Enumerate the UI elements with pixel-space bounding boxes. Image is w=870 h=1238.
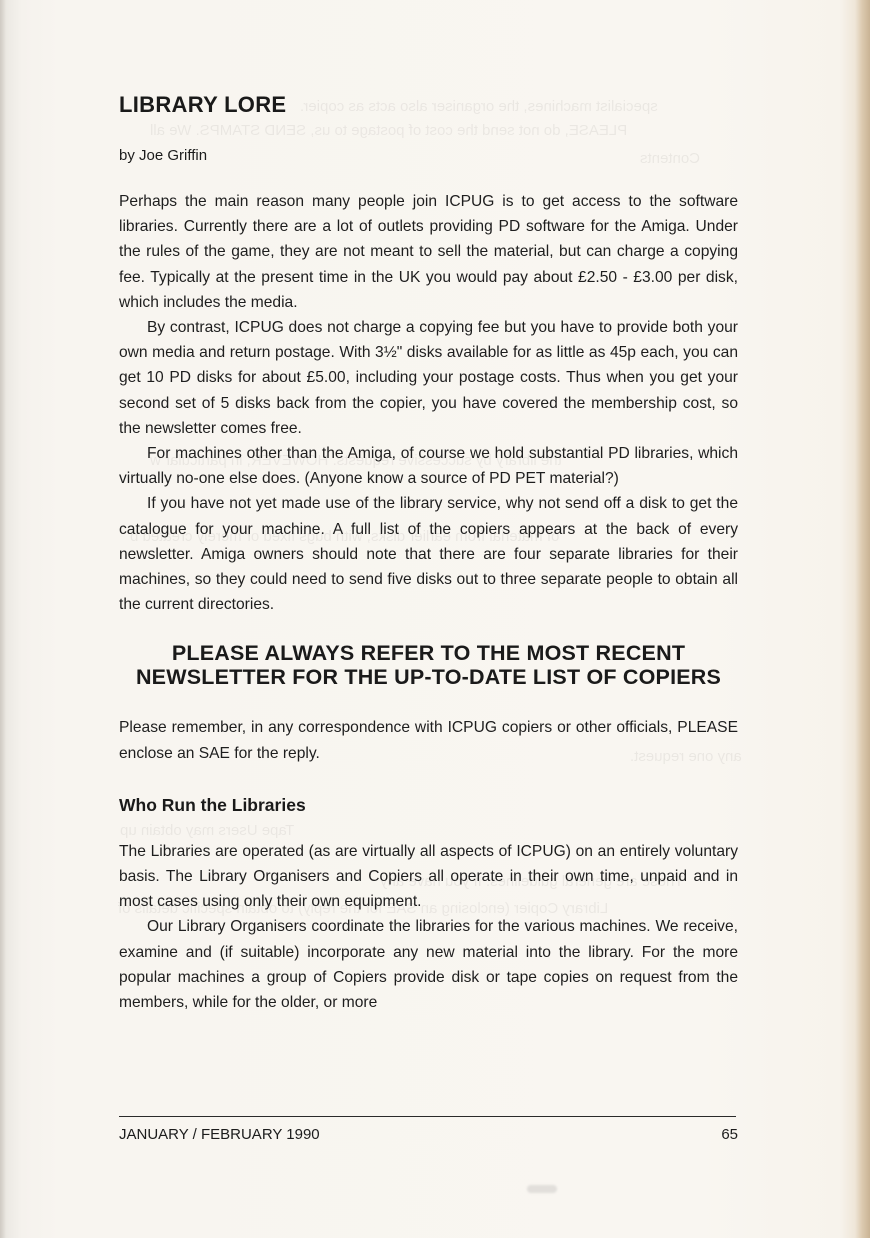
copiers-notice-heading: PLEASE ALWAYS REFER TO THE MOST RECENT N…	[119, 641, 738, 689]
paragraph: The Libraries are operated (as are virtu…	[119, 839, 738, 915]
section-body: The Libraries are operated (as are virtu…	[119, 839, 738, 1015]
page-spine-shadow	[0, 0, 6, 1238]
article-title: LIBRARY LORE	[119, 90, 738, 120]
page-number: 65	[721, 1125, 738, 1145]
page-footer: JANUARY / FEBRUARY 1990 65	[119, 1125, 738, 1145]
article-body: Perhaps the main reason many people join…	[119, 189, 738, 617]
paragraph: For machines other than the Amiga, of co…	[119, 441, 738, 491]
paper-smudge	[527, 1185, 557, 1193]
paragraph: If you have not yet made use of the libr…	[119, 491, 738, 617]
paragraph: By contrast, ICPUG does not charge a cop…	[119, 315, 738, 441]
footer-divider	[119, 1116, 736, 1117]
sae-reminder: Please remember, in any correspondence w…	[119, 715, 738, 765]
issue-date: JANUARY / FEBRUARY 1990	[119, 1125, 320, 1145]
article-byline: by Joe Griffin	[119, 146, 738, 166]
section-heading: Who Run the Libraries	[119, 793, 738, 817]
article: LIBRARY LORE by Joe Griffin Perhaps the …	[119, 90, 738, 1015]
scanned-page: specialist machines, the organiser also …	[0, 0, 870, 1238]
paragraph: Our Library Organisers coordinate the li…	[119, 914, 738, 1015]
paragraph: Perhaps the main reason many people join…	[119, 189, 738, 315]
